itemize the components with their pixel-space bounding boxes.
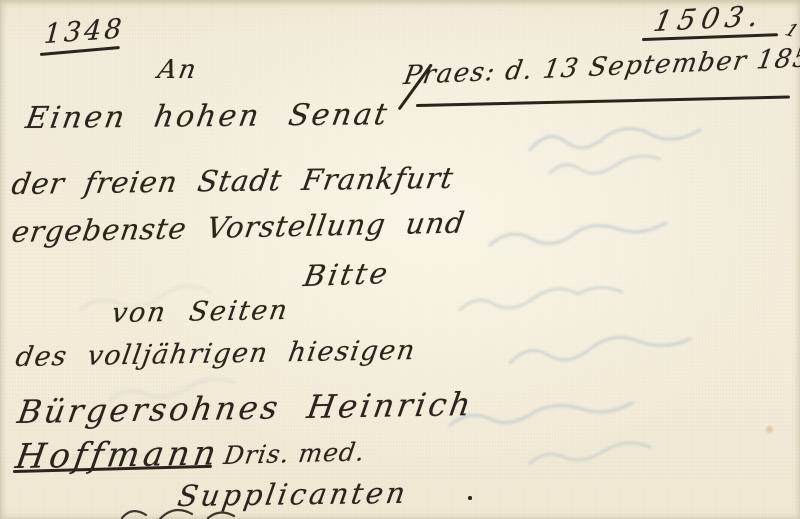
subject-line-2: Bitte	[301, 259, 392, 291]
foxing-spot	[764, 425, 775, 434]
petitioner-title: Dris. med.	[222, 439, 367, 468]
verso-show-through-strokes	[420, 95, 800, 495]
cutoff-next-line-strokes	[116, 506, 266, 519]
closing-period	[468, 496, 472, 500]
petitioner-line-1: des volljährigen hiesigen	[14, 337, 418, 371]
docket-number: 1348	[43, 15, 125, 48]
folio-number: 1503.	[651, 2, 767, 36]
address-line-1: Einen hohen Senat	[24, 100, 392, 134]
presentation-date-note: Praes: d. 13 September 1854	[402, 44, 800, 89]
address-line-2: der freien Stadt Frankfurt	[10, 164, 456, 199]
subject-line-1: ergebenste Vorstellung und	[10, 208, 467, 247]
salutation: An	[156, 57, 200, 83]
manuscript-page: 1348 1503. 1 Praes: d. 13 September 1854…	[0, 0, 800, 519]
cutoff-next-line	[116, 505, 266, 519]
folio-margin-tick: 1	[782, 22, 800, 41]
petitioner-line-2: Bürgersohnes Heinrich	[15, 388, 475, 428]
from-line: von Seiten	[110, 297, 291, 327]
verso-show-through	[420, 95, 800, 495]
